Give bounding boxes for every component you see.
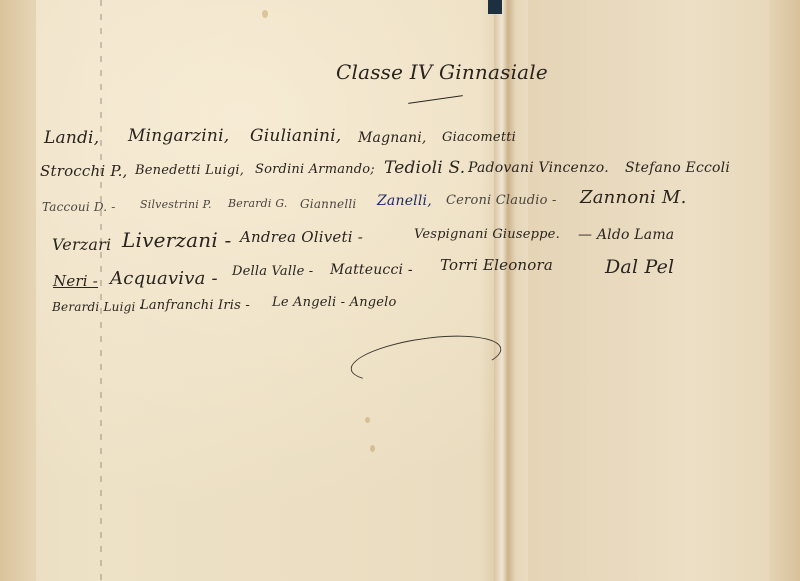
name-entry: Giacometti <box>442 130 516 145</box>
name-entry: Matteucci - <box>330 262 413 278</box>
name-entry: Torri Eleonora <box>440 256 553 274</box>
name-entry: Zannoni M. <box>580 187 686 208</box>
name-entry: Neri - <box>53 272 98 290</box>
name-entry: Landi, <box>44 128 99 148</box>
left-binding-strip <box>0 0 36 581</box>
name-entry: Tedioli S. <box>384 158 465 178</box>
book-gutter <box>494 0 528 581</box>
name-entry: Giannelli <box>300 197 356 211</box>
name-entry: Vespignani Giuseppe. <box>414 227 560 242</box>
fold-line <box>100 0 102 581</box>
name-entry: Stefano Eccoli <box>625 160 730 176</box>
name-entry: Magnani, <box>358 130 427 146</box>
name-entry: Ceroni Claudio - <box>446 193 557 208</box>
stain <box>370 445 375 452</box>
name-entry: Acquaviva - <box>110 268 218 289</box>
name-entry: — Aldo Lama <box>578 227 674 243</box>
name-entry: Berardi G. <box>228 197 288 210</box>
name-entry: Le Angeli - Angelo <box>272 295 397 310</box>
name-entry: Andrea Oliveti - <box>240 228 363 246</box>
name-entry: Della Valle - <box>232 264 313 279</box>
name-entry: Verzari <box>52 235 111 254</box>
name-entry: Padovani Vincenzo. <box>468 160 609 176</box>
name-entry: Giulianini, <box>250 126 341 146</box>
name-entry: Berardi Luigi - <box>52 300 144 314</box>
name-entry: Strocchi P., <box>40 162 128 180</box>
name-entry: Mingarzini, <box>128 126 229 146</box>
stain <box>365 417 370 423</box>
right-page <box>528 0 800 581</box>
page-title: Classe IV Ginnasiale <box>336 60 548 84</box>
right-page-edge <box>770 0 800 581</box>
name-entry: Sordini Armando; <box>255 162 375 177</box>
name-entry: Silvestrini P. <box>140 198 212 211</box>
name-entry: Taccoui D. - <box>42 200 116 214</box>
name-entry: Zanelli, <box>377 193 432 209</box>
name-entry: Dal Pel <box>605 256 674 278</box>
name-entry: Lanfranchi Iris - <box>140 298 250 313</box>
stain <box>262 10 268 18</box>
name-entry: Benedetti Luigi, <box>135 163 244 178</box>
gutter-shadow <box>488 0 502 14</box>
name-entry: Liverzani - <box>122 228 231 252</box>
